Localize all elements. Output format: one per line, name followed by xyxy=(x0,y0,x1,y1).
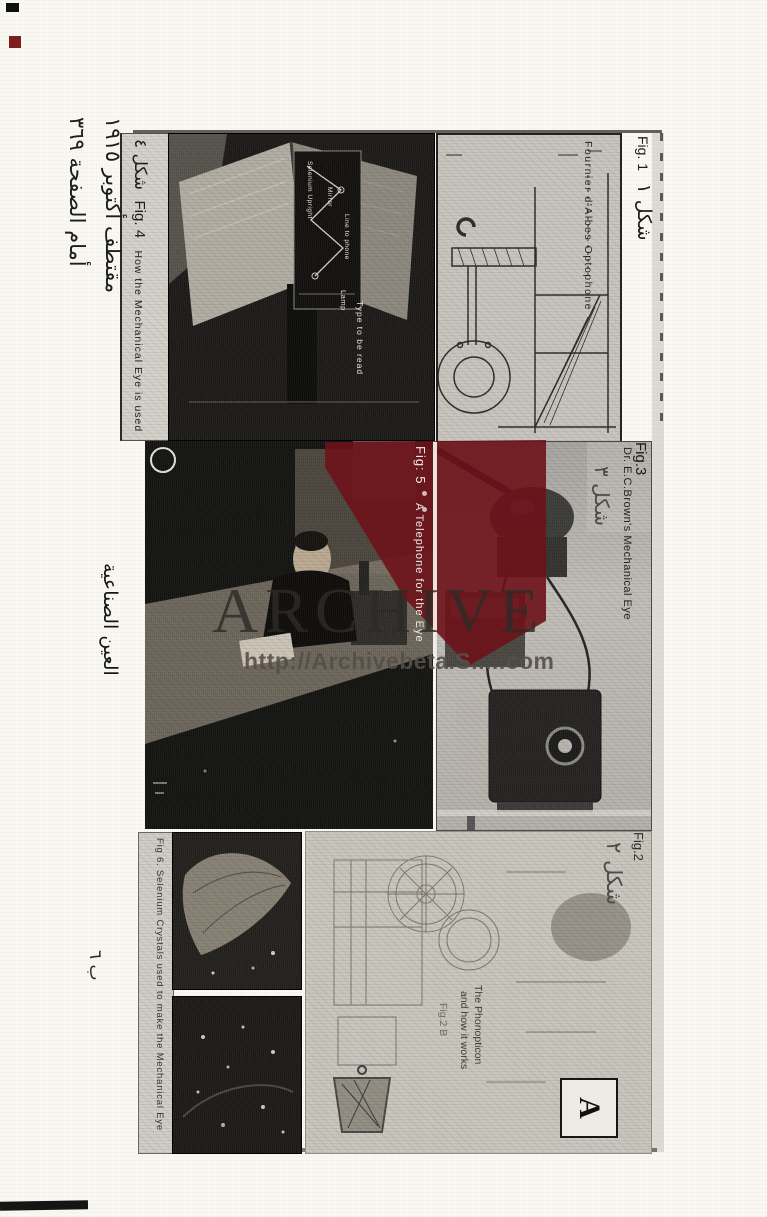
fig2-sub-label: Fig.2 B xyxy=(437,1003,449,1036)
fig1-caption: Fournier d'Albes Optophone xyxy=(582,141,594,311)
margin-note-title: العين الصناعية xyxy=(99,563,121,676)
fig1-arabic-label: شكل ١ xyxy=(633,183,655,240)
fig4-photo xyxy=(168,133,435,441)
fig6-photo-top xyxy=(172,832,302,990)
scan-mark-bottom-bar xyxy=(0,1200,88,1211)
watermark-title: ARCHIVE xyxy=(212,574,557,648)
fig4-label-line: Line to phone xyxy=(343,214,350,260)
fig1-label: Fig. 1 xyxy=(635,136,651,171)
fig1-figure-label: Fig. 1 شكل ١ xyxy=(633,136,655,241)
fig5-caption-text: A Telephone for the Eye xyxy=(413,503,425,643)
fig3-arabic-label: شكل ٣ xyxy=(590,466,614,526)
margin-note-signature: ب ٦ xyxy=(85,950,105,981)
fig2-caption-line1: The Phonopticon xyxy=(472,985,484,1064)
scanned-page: مقتطف أكتوبر ١٩١٥ أمام الصفحة ٣٦٩ العين … xyxy=(0,0,767,1217)
fig5-dot-mark-1 xyxy=(422,491,427,496)
fig5-dot-mark-2 xyxy=(422,507,427,512)
fig4-book-drawing xyxy=(169,134,434,440)
fig6-photo-bottom xyxy=(172,996,302,1154)
scan-mark-red-square xyxy=(9,36,21,48)
fig5-label: Fig: 5 xyxy=(413,446,428,485)
margin-note-issue-line1: مقتطف أكتوبر ١٩١٥ xyxy=(95,117,131,293)
scan-mark-top-left xyxy=(6,3,19,12)
fig3-caption: Dr. E.C.Brown's Mechanical Eye xyxy=(621,447,633,620)
fig5-caption: Fig: 5 A Telephone for the Eye xyxy=(411,446,429,643)
fig2-caption-line2: and how it works xyxy=(458,991,470,1069)
fig2-letter-a-box: A xyxy=(560,1078,618,1138)
fig4-label-lamp: Lamp xyxy=(339,290,348,311)
fig2-arabic-label: شكل ٢ xyxy=(602,842,626,905)
fig4-caption: شكل ٤ Fig. 4 How the Mechanical Eye is u… xyxy=(130,139,150,432)
fig3-label: Fig.3 xyxy=(632,442,649,475)
fig4-arabic-label: شكل ٤ xyxy=(130,139,150,190)
margin-note-issue: مقتطف أكتوبر ١٩١٥ أمام الصفحة ٣٦٩ xyxy=(59,117,131,293)
fig6-crystal-drawing-bottom xyxy=(173,997,301,1153)
fig2-label: Fig.2 xyxy=(631,832,646,861)
watermark-url: http://Archivebeta.S.....com xyxy=(244,648,555,675)
fig2-letter-a: A xyxy=(572,1097,606,1119)
fig6-crystal-drawing-top xyxy=(173,833,301,989)
fig4-label-selenium: Selenium Upright xyxy=(306,161,313,219)
fig1-panel xyxy=(436,133,622,443)
fig6-caption: Fig 6. Selenium Crystals used to make th… xyxy=(154,838,165,1131)
fig4-caption-text: How the Mechanical Eye is used xyxy=(132,250,144,432)
plate-right-edge-dashes xyxy=(660,133,663,433)
fig4-label-type: Type to be read xyxy=(355,301,365,375)
fig4-label-mirror: Mirror xyxy=(326,187,333,207)
fig4-label: Fig. 4 xyxy=(131,201,148,239)
margin-note-issue-line2: أمام الصفحة ٣٦٩ xyxy=(59,117,95,293)
